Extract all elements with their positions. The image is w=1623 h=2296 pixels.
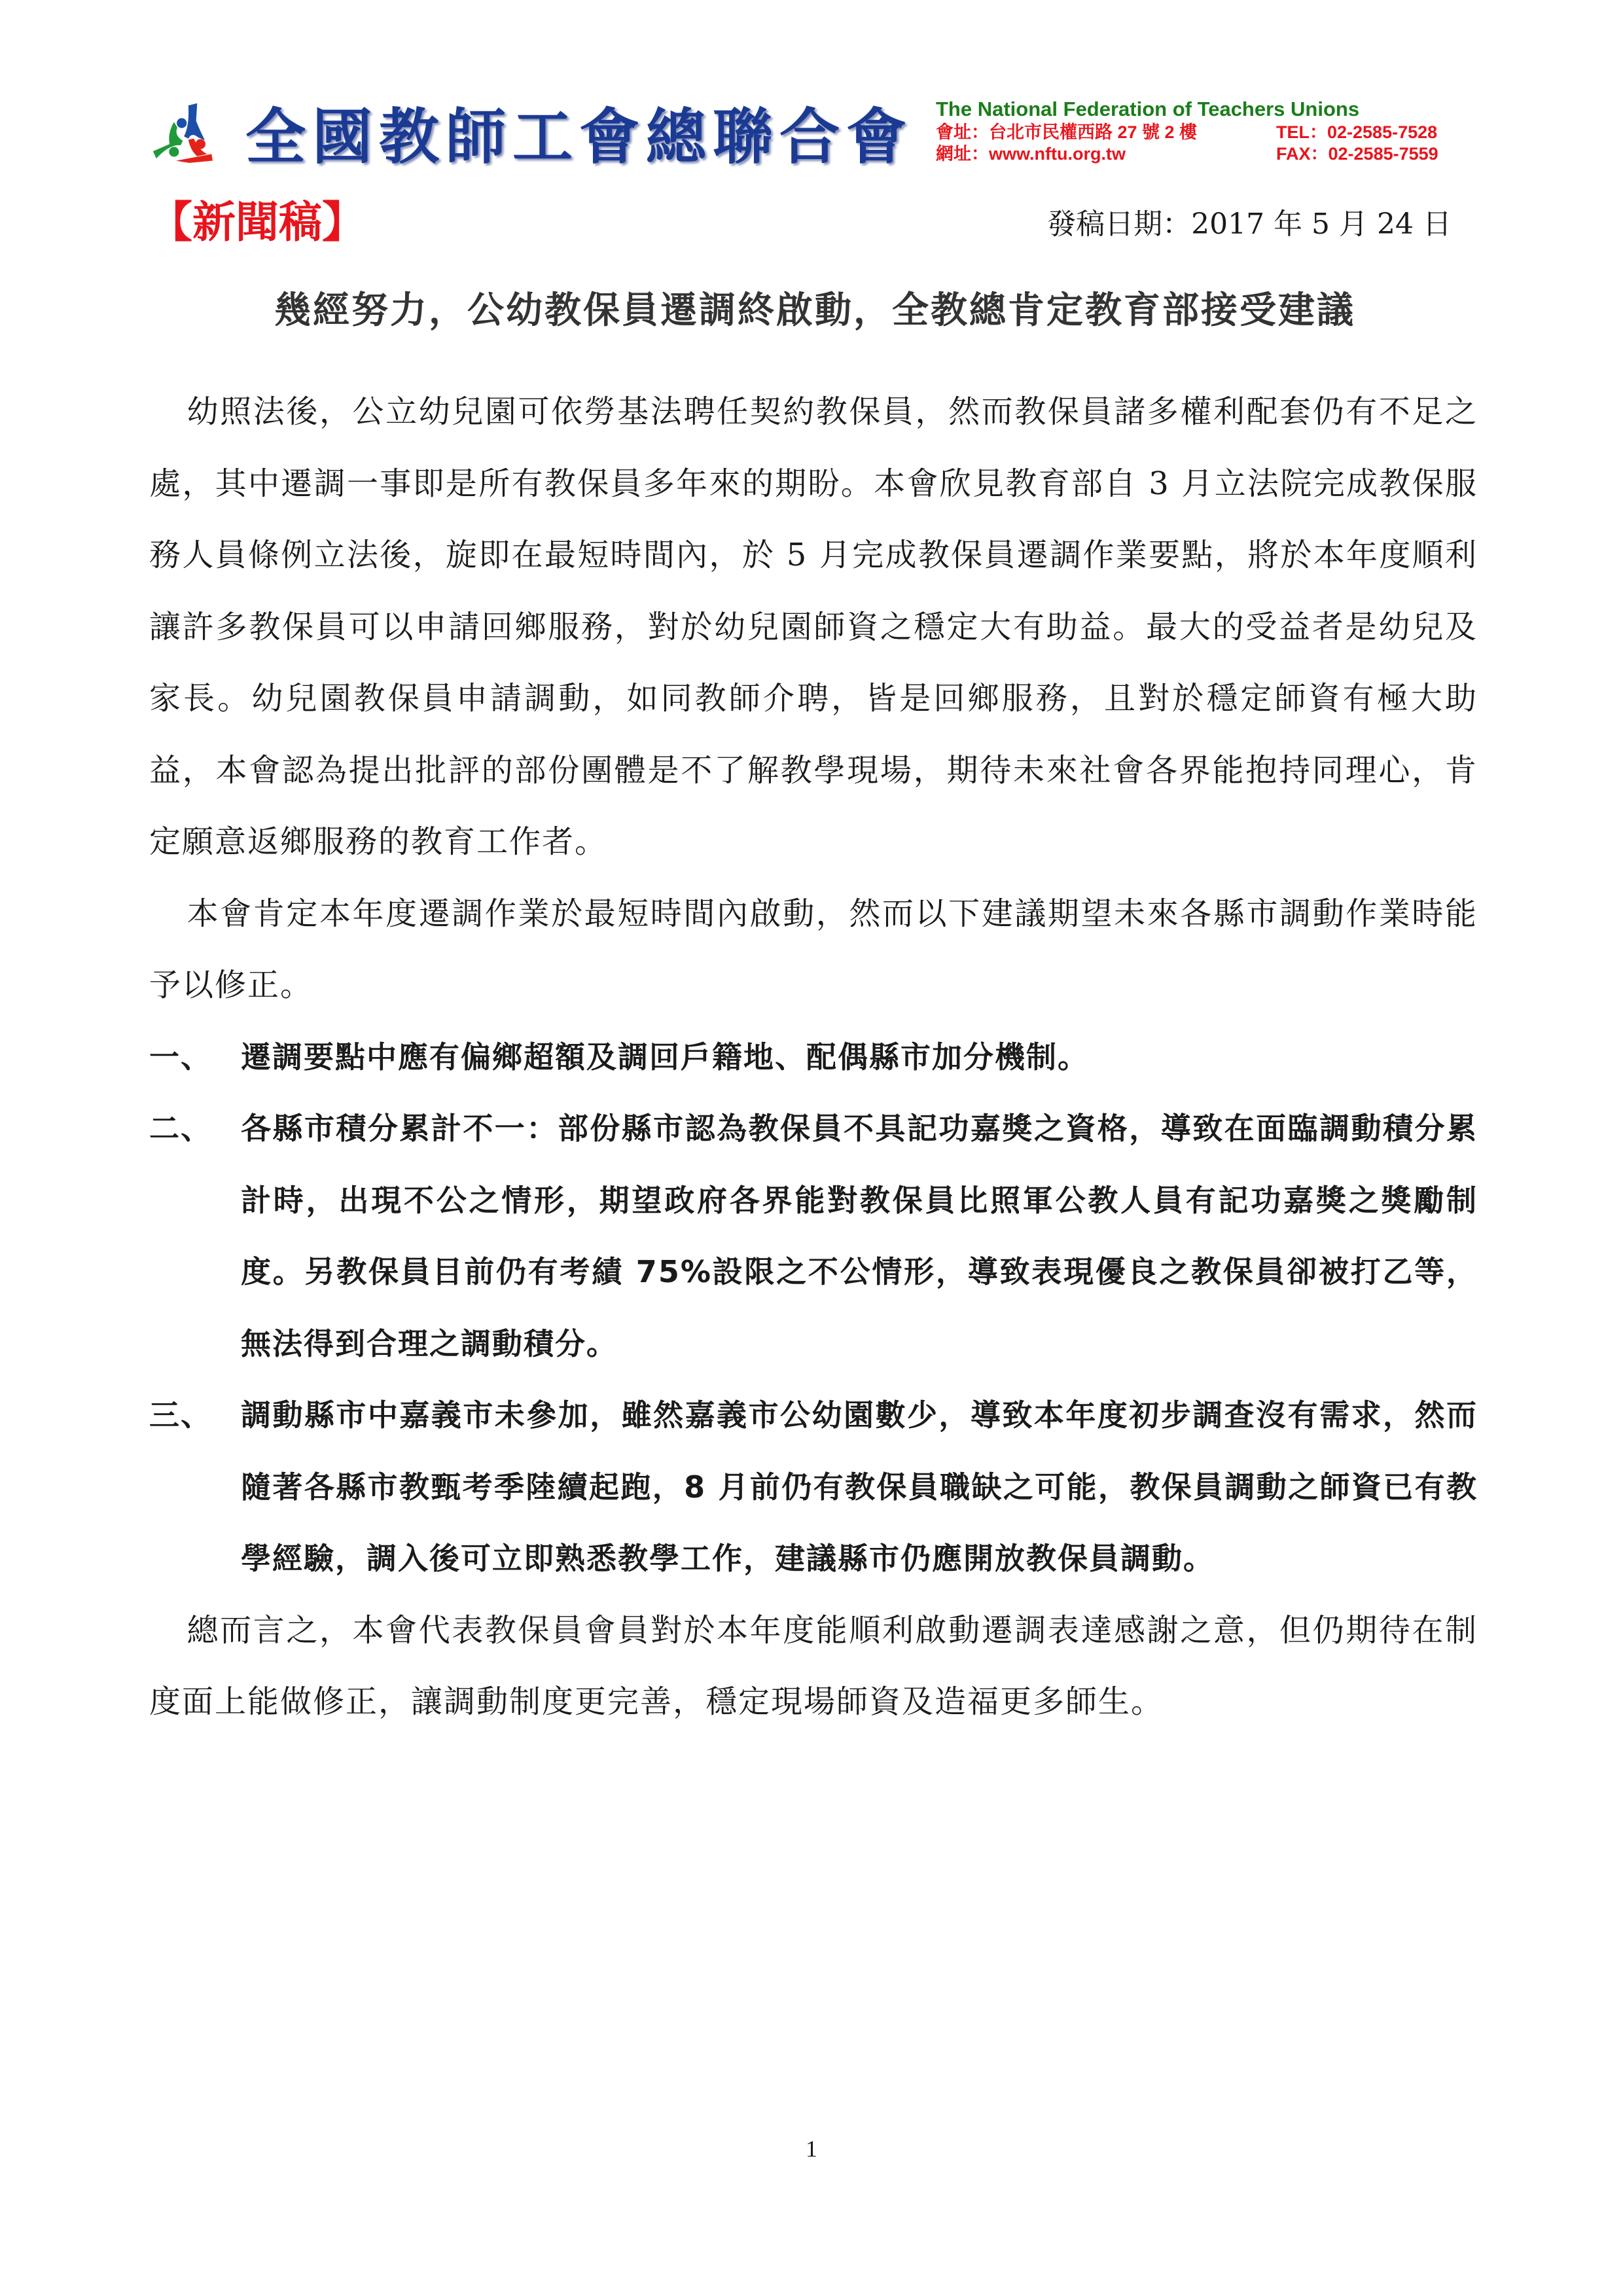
paragraph-suggestions-intro: 本會肯定本年度遷調作業於最短時間內啟動，然而以下建議期望未來各縣市調動作業時能予…: [149, 878, 1478, 1022]
press-release-tag: 【新聞稿】: [149, 196, 365, 249]
paragraph-closing: 總而言之，本會代表教保員會員對於本年度能順利啟動遷調表達感謝之意，但仍期待在制度…: [149, 1595, 1478, 1738]
list-item: 三、 調動縣市中嘉義市未參加，雖然嘉義市公幼園數少，導致本年度初步調查沒有需求，…: [149, 1380, 1478, 1595]
page-number: 1: [0, 2135, 1623, 2162]
suggestion-list: 一、 遷調要點中應有偏鄉超額及調回戶籍地、配偶縣市加分機制。 二、 各縣市積分累…: [149, 1022, 1478, 1595]
item-text: 調動縣市中嘉義市未參加，雖然嘉義市公幼園數少，導致本年度初步調查沒有需求，然而隨…: [241, 1380, 1478, 1595]
contact-block: The National Federation of Teachers Unio…: [936, 97, 1438, 165]
page-title: 幾經努力，公幼教保員遷調終啟動，全教總肯定教育部接受建議: [151, 281, 1479, 334]
item-text: 各縣市積分累計不一：部份縣市認為教保員不具記功嘉獎之資格，導致在面臨調動積分累計…: [241, 1093, 1478, 1380]
item-number: 三、: [149, 1380, 241, 1595]
org-name-en: The National Federation of Teachers Unio…: [936, 97, 1438, 122]
address: 會址：台北市民權西路 27 號 2 樓: [936, 122, 1276, 143]
item-text: 遷調要點中應有偏鄉超額及調回戶籍地、配偶縣市加分機制。: [241, 1022, 1478, 1094]
list-item: 二、 各縣市積分累計不一：部份縣市認為教保員不具記功嘉獎之資格，導致在面臨調動積…: [149, 1093, 1478, 1380]
logo-icon: [145, 98, 234, 177]
list-item: 一、 遷調要點中應有偏鄉超額及調回戶籍地、配偶縣市加分機制。: [149, 1022, 1478, 1094]
website-link[interactable]: 網址：www.nftu.org.tw: [936, 143, 1276, 165]
release-date: 發稿日期：2017 年 5 月 24 日: [1047, 205, 1452, 244]
paragraph-intro: 幼照法後，公立幼兒園可依勞基法聘任契約教保員，然而教保員諸多權利配套仍有不足之處…: [149, 376, 1478, 878]
item-number: 二、: [149, 1093, 241, 1380]
fax: FAX：02-2585-7559: [1276, 143, 1438, 165]
org-name-cn: 全國教師工會總聯合會: [245, 98, 913, 177]
tel: TEL：02-2585-7528: [1276, 122, 1437, 143]
document-body: 幼照法後，公立幼兒園可依勞基法聘任契約教保員，然而教保員諸多權利配套仍有不足之處…: [149, 376, 1478, 1738]
item-number: 一、: [149, 1022, 241, 1094]
